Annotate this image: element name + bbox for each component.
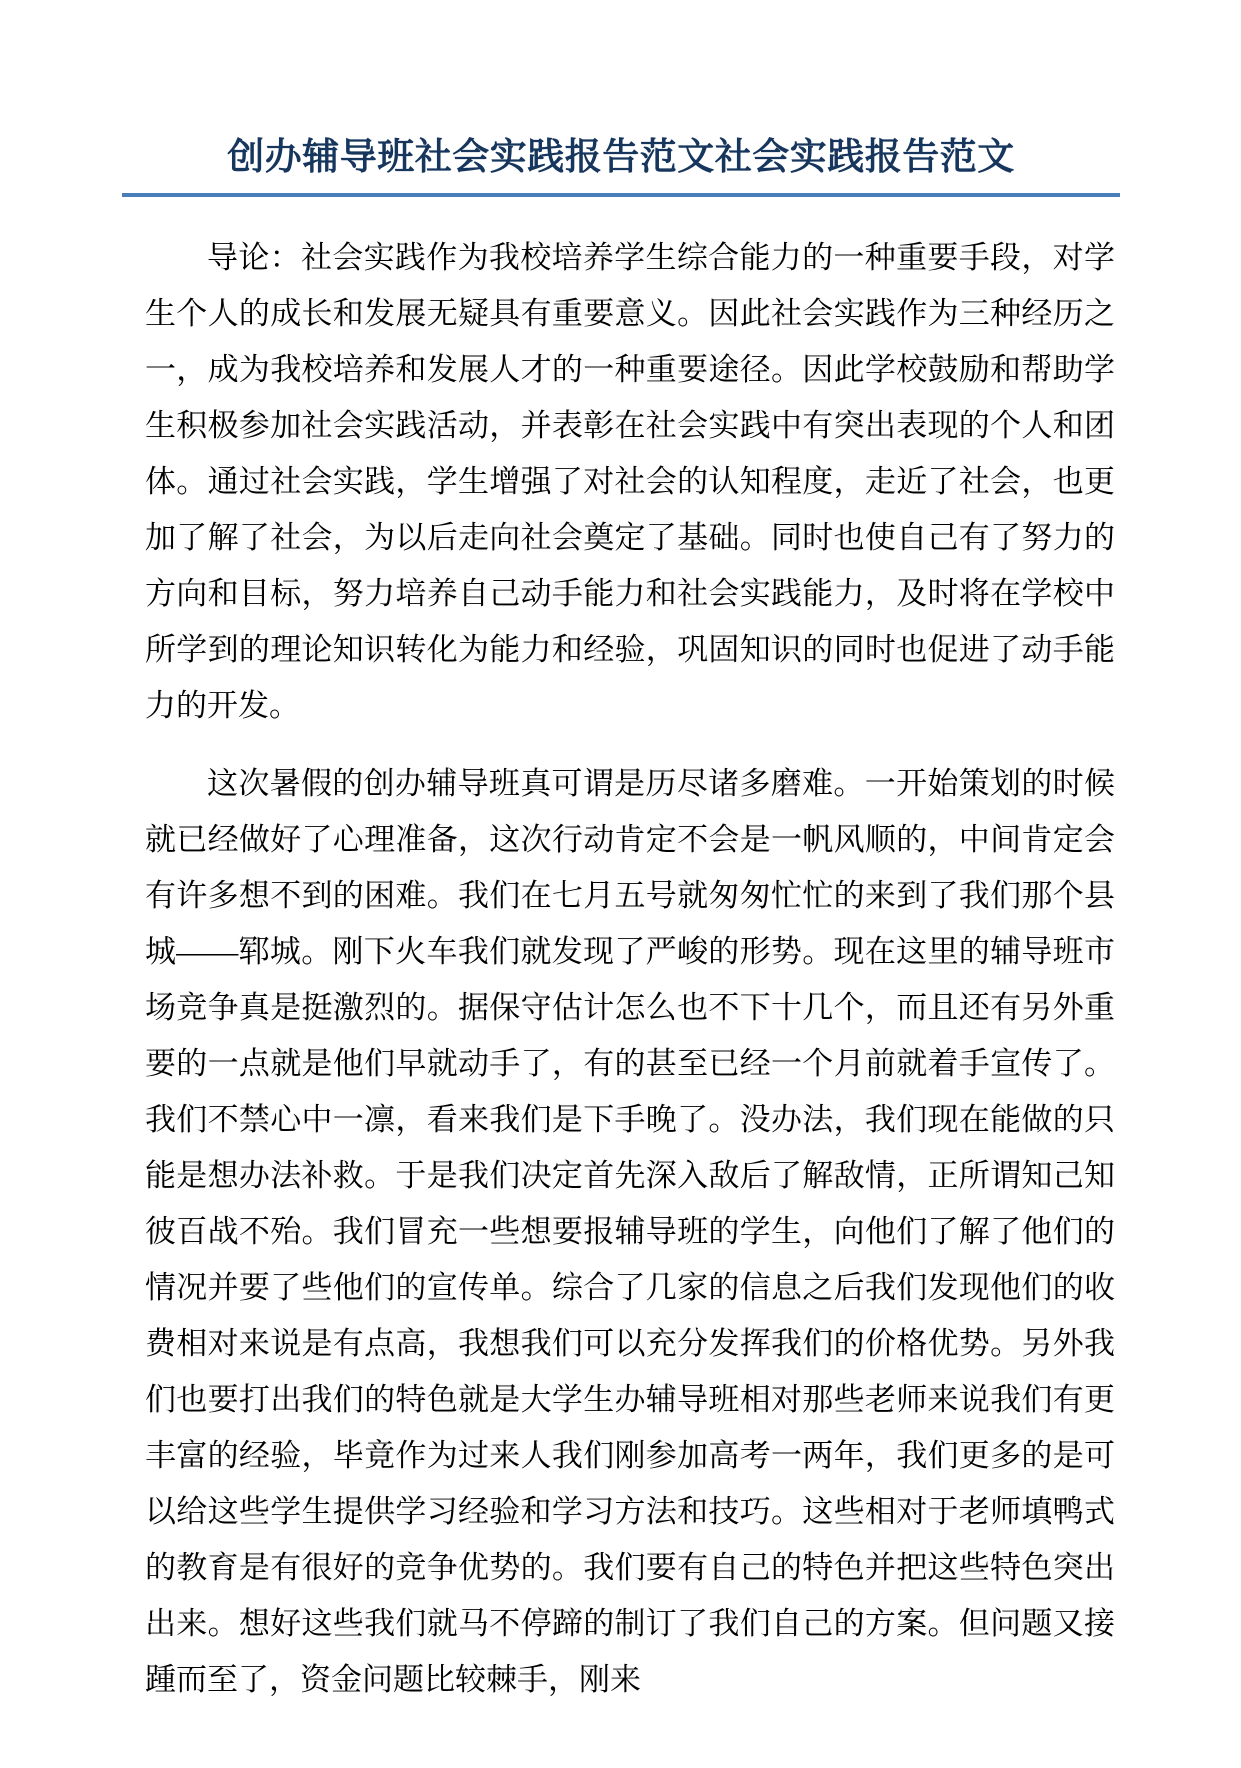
paragraph-tutoring-class-experience: 这次暑假的创办辅导班真可谓是历尽诸多磨难。一开始策划的时候就已经做好了心理准备，…: [145, 756, 1115, 1708]
paragraph-introduction: 导论：社会实践作为我校培养学生综合能力的一种重要手段，对学生个人的成长和发展无疑…: [145, 230, 1115, 734]
document-page: 创办辅导班社会实践报告范文社会实践报告范文 导论：社会实践作为我校培养学生综合能…: [0, 0, 1241, 1768]
document-header: 创办辅导班社会实践报告范文社会实践报告范文: [122, 136, 1120, 197]
page-title: 创办辅导班社会实践报告范文社会实践报告范文: [122, 136, 1120, 180]
document-body: 导论：社会实践作为我校培养学生综合能力的一种重要手段，对学生个人的成长和发展无疑…: [145, 230, 1115, 1708]
